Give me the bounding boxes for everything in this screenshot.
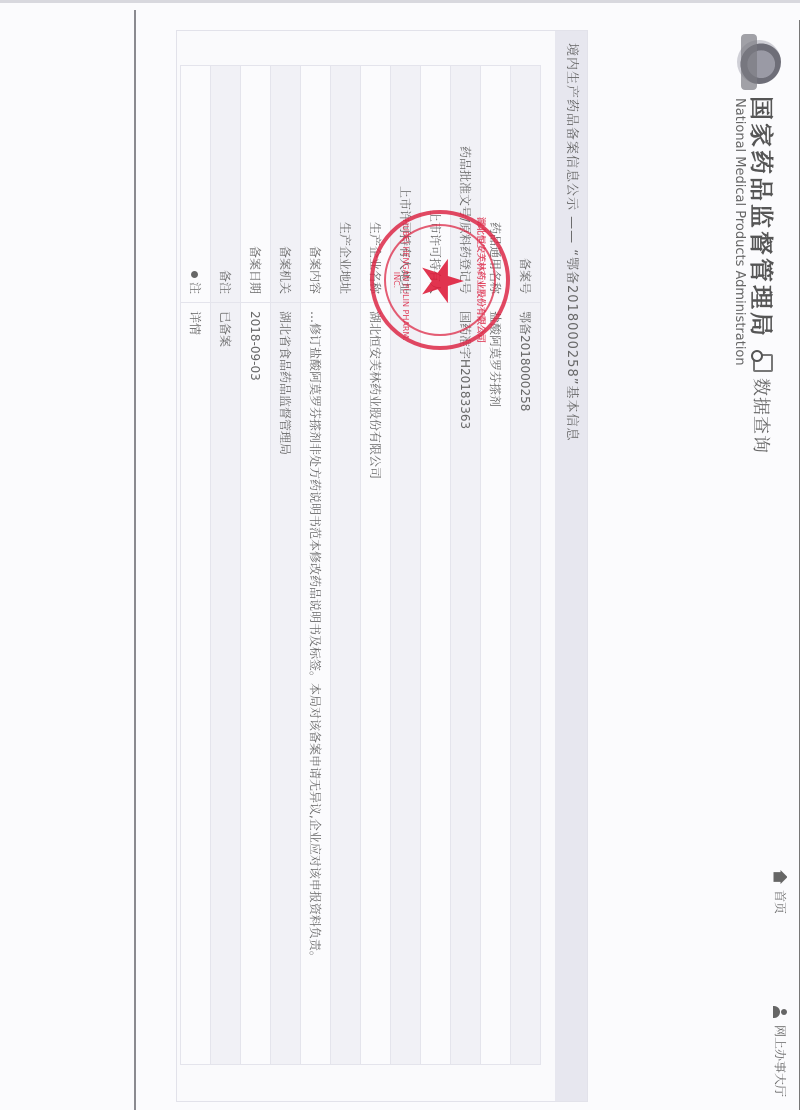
row-value (421, 303, 451, 1065)
table-row: 备案内容…修订盐酸阿莫罗芬搽剂非处方药说明书范本修改药品说明书及标签。本局对该备… (301, 66, 331, 1065)
user-icon (774, 1005, 788, 1019)
record-panel: 境内生产药品备案信息公示 —— “鄂备2018000258”基本信息 备案号鄂备… (176, 30, 588, 1102)
nav-home-label: 首页 (772, 890, 789, 914)
table-row: 备注已备案 (211, 66, 241, 1065)
row-value: 盐酸阿莫罗芬搽剂 (481, 303, 511, 1065)
company-seal: 湖北恒安芙林药业股份有限公司 HUBEI HENGAN FULIN PHARM.… (370, 210, 510, 350)
row-value (391, 303, 421, 1065)
scan-edge (0, 0, 800, 3)
row-label: 备案内容 (301, 66, 331, 303)
nav-hall-label: 网上办事大厅 (772, 1025, 789, 1097)
row-value: 已备案 (211, 303, 241, 1065)
row-value: …修订盐酸阿莫罗芬搽剂非处方药说明书范本修改药品说明书及标签。本局对该备案申请无… (301, 303, 331, 1065)
agency-name-cn: 国家药品监督管理局 (746, 96, 781, 339)
table-row: 备案机关湖北省食品药品监督管理局 (271, 66, 301, 1065)
table-row: 备案日期2018-09-03 (241, 66, 271, 1065)
row-value: 2018-09-03 (241, 303, 271, 1065)
row-value: 湖北省食品药品监督管理局 (271, 303, 301, 1065)
nav-online-service-hall[interactable]: 网上办事大厅 (772, 1005, 789, 1097)
nav-home[interactable]: 首页 (772, 870, 789, 914)
document-page: 国家药品监督管理局 National Medical Products Admi… (130, 20, 800, 1110)
row-label: 备案日期 (241, 66, 271, 303)
seal-text-en: HUBEI HENGAN FULIN PHARM. INC. (392, 214, 410, 346)
record-title: 境内生产药品备案信息公示 —— “鄂备2018000258”基本信息 (555, 31, 587, 1101)
note-icon (191, 271, 198, 278)
document-search-icon (751, 350, 773, 372)
national-emblem-icon (737, 40, 781, 84)
details-link[interactable]: 详情 (181, 303, 211, 1065)
site-header: 国家药品监督管理局 National Medical Products Admi… (594, 20, 800, 1110)
data-query-link[interactable]: 数据查询 (749, 350, 775, 454)
table-row: 备案号鄂备2018000258 (511, 66, 541, 1065)
row-value: 国药准字H20183363 (451, 303, 481, 1065)
table-row: 生产企业地址 (331, 66, 361, 1065)
row-label-text: 注 (188, 282, 202, 294)
row-value: 鄂备2018000258 (511, 303, 541, 1065)
table-row: 注详情 (181, 66, 211, 1065)
agency-name-en: National Medical Products Administration (732, 98, 747, 366)
row-label: 生产企业地址 (331, 66, 361, 303)
row-label: 备案号 (511, 66, 541, 303)
row-value: 湖北恒安芙林药业股份有限公司 (361, 303, 391, 1065)
home-icon (774, 870, 788, 884)
row-label: 备注 (211, 66, 241, 303)
table-row: 生产企业名称湖北恒安芙林药业股份有限公司 (361, 66, 391, 1065)
row-label: 注 (181, 66, 211, 303)
data-query-label: 数据查询 (749, 378, 775, 454)
seal-text-cn: 湖北恒安芙林药业股份有限公司 (475, 214, 488, 346)
row-label: 备案机关 (271, 66, 301, 303)
row-value (331, 303, 361, 1065)
seal-star-icon (418, 258, 464, 304)
